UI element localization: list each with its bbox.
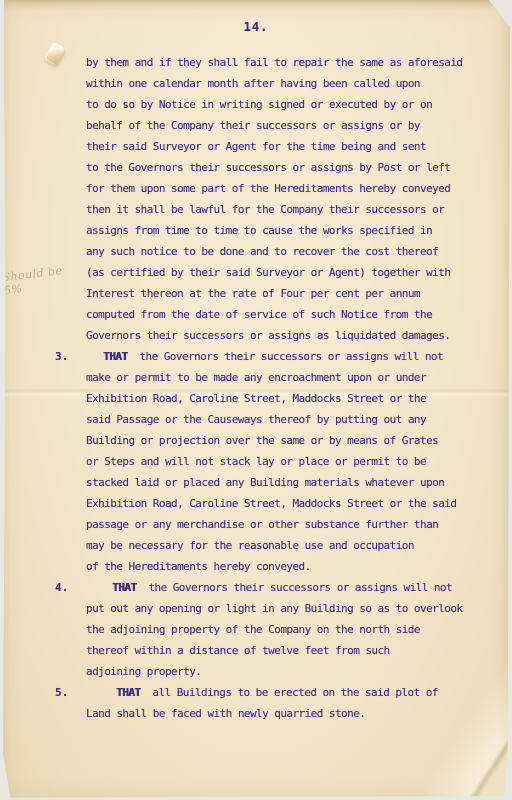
text-line: the adjoining property of the Company on… — [86, 619, 486, 640]
continuation-paragraph: by them and if they shall fail to repair… — [86, 52, 486, 346]
clause-4: 4.THAT the Governors their successors or… — [86, 577, 486, 682]
text-line: Building or projection over the same or … — [86, 430, 486, 451]
text-line: Land shall be faced with newly quarried … — [86, 703, 486, 724]
text-line: their said Surveyor or Agent for the tim… — [86, 136, 486, 157]
bold-lead-word: THAT — [103, 350, 127, 363]
margin-note-handwritten: Should be 5% — [2, 263, 75, 297]
text-line: adjoining property. — [86, 661, 486, 682]
text-line: Interest thereon at the rate of Four per… — [86, 283, 486, 304]
text-line: Exhibition Road, Caroline Street, Maddoc… — [86, 388, 486, 409]
bold-lead-word: THAT — [112, 581, 136, 594]
text-line: assigns from time to time to cause the w… — [86, 220, 486, 241]
text-line: any such notice to be done and to recove… — [86, 241, 486, 262]
text-line: stacked laid or placed any Building mate… — [86, 472, 486, 493]
scanned-document: 14. Should be 5% by them and if they sha… — [0, 0, 512, 800]
page-number: 14. — [0, 20, 512, 34]
text-line: passage or any merchandise or other subs… — [86, 514, 486, 535]
clause-number: 3. — [55, 346, 68, 367]
text-line: Exhibition Road, Caroline Street, Maddoc… — [86, 493, 486, 514]
clause-number: 5. — [55, 682, 68, 703]
text-line: said Passage or the Causeways thereof by… — [86, 409, 486, 430]
clause-number: 4. — [55, 577, 68, 598]
text-line: put out any opening or light in any Buil… — [86, 598, 486, 619]
text-line: THAT the Governors their successors or a… — [86, 577, 486, 598]
text-line: for them upon some part of the Hereditam… — [86, 178, 486, 199]
text-line: within one calendar month after having b… — [86, 73, 486, 94]
clause-5: 5.THAT all Buildings to be erected on th… — [86, 682, 486, 724]
bold-lead-word: THAT — [116, 686, 140, 699]
paper-sheet: 14. Should be 5% by them and if they sha… — [0, 0, 512, 800]
text-line: to do so by Notice in writing signed or … — [86, 94, 486, 115]
clause-3: 3.THAT the Governors their successors or… — [86, 346, 486, 577]
text-line: Governors their successors or assigns as… — [86, 325, 486, 346]
text-block: by them and if they shall fail to repair… — [86, 52, 486, 724]
text-line: may be necessary for the reasonable use … — [86, 535, 486, 556]
text-line: make or permit to be made any encroachme… — [86, 367, 486, 388]
text-line: computed from the date of service of suc… — [86, 304, 486, 325]
text-line: to the Governors their successors or ass… — [86, 157, 486, 178]
text-line: then it shall be lawful for the Company … — [86, 199, 486, 220]
text-line: (as certified by their said Surveyor or … — [86, 262, 486, 283]
text-line: THAT the Governors their successors or a… — [86, 346, 486, 367]
text-line: of the Hereditaments hereby conveyed. — [86, 556, 486, 577]
text-line: behalf of the Company their successors o… — [86, 115, 486, 136]
text-line: by them and if they shall fail to repair… — [86, 52, 486, 73]
paper-tear-mark — [45, 42, 65, 65]
text-line: thereof within a distance of twelve feet… — [86, 640, 486, 661]
text-line: THAT all Buildings to be erected on the … — [86, 682, 486, 703]
text-line: or Steps and will not stack lay or place… — [86, 451, 486, 472]
